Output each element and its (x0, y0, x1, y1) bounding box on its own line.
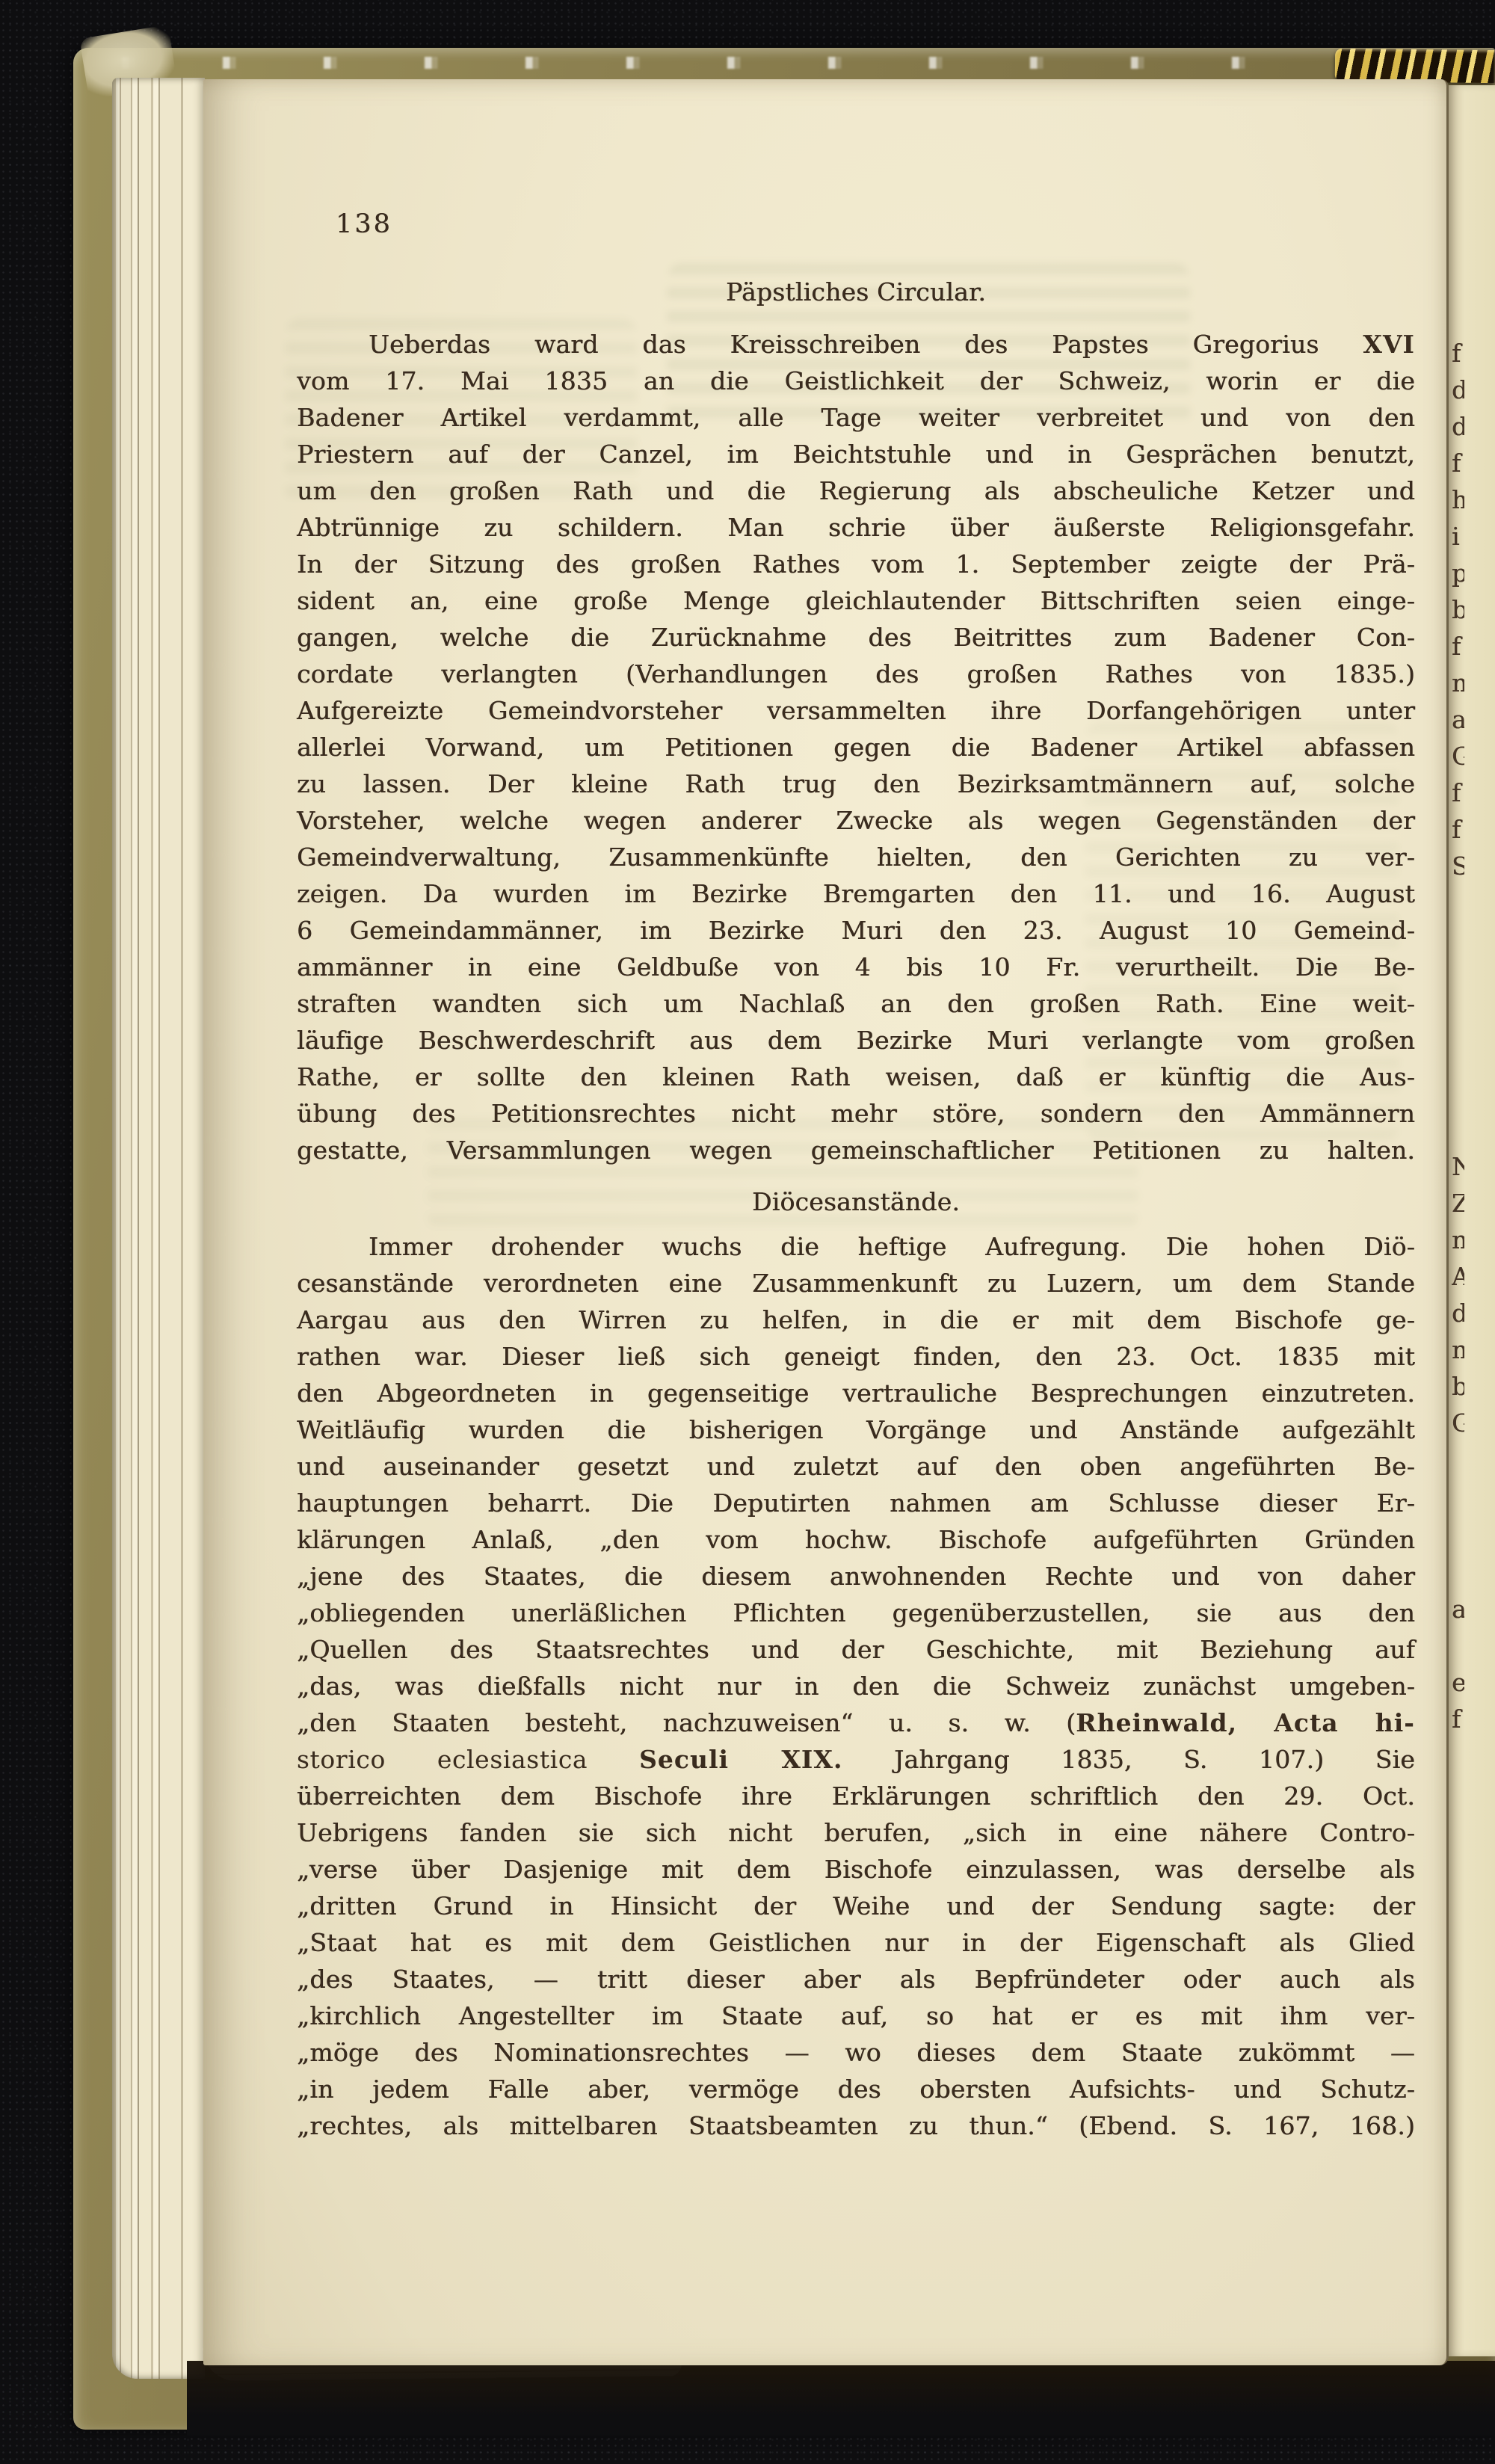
text-line: Uebrigens fanden sie sich nicht berufen,… (297, 1814, 1415, 1851)
text-line: cesanstände verordneten eine Zusammenkun… (297, 1265, 1415, 1302)
text-segment: Weitläufig wurden die bisherigen Vorgäng… (297, 1415, 1415, 1444)
page-sections: Päpstliches Circular.Ueberdas ward das K… (297, 274, 1415, 2144)
text-segment: Rheinwald, Acta hi- (1076, 1708, 1415, 1737)
facing-page-edge: fddfhipbfnaGffSNZnAdnbGaef (1449, 85, 1495, 2356)
paragraph: Immer drohender wuchs die heftige Aufreg… (297, 1228, 1415, 2144)
book-bottom-shadow (187, 2361, 1495, 2436)
facing-page-text-fragment: N (1452, 1151, 1464, 1185)
text-line: Aargau aus den Wirren zu helfen, in die … (297, 1302, 1415, 1338)
text-line: läufige Beschwerdeschrift aus dem Bezirk… (297, 1022, 1415, 1059)
text-segment: Badener Artikel verdammt, alle Tage weit… (297, 403, 1415, 432)
text-segment: Jahrgang 1835, S. 107.) Sie (842, 1745, 1415, 1774)
text-segment: Uebrigens fanden sie sich nicht berufen,… (297, 1818, 1415, 1847)
facing-page-text-fragment: n (1452, 1224, 1464, 1258)
text-line: „möge des Nominationsrechtes — wo dieses… (297, 2034, 1415, 2071)
text-segment: läufige Beschwerdeschrift aus dem Bezirk… (297, 1026, 1415, 1055)
text-line: „den Staaten besteht, nachzuweisen“ u. s… (297, 1704, 1415, 1741)
text-segment: Ueberdas ward das Kreisschreiben des Pap… (369, 330, 1363, 359)
text-line: straften wandten sich um Nachlaß an den … (297, 985, 1415, 1022)
text-segment: Abtrünnige zu schildern. Man schrie über… (297, 513, 1415, 542)
book-page: 138 Päpstliches Circular.Ueberdas ward d… (203, 79, 1449, 2365)
text-segment: „Staat hat es mit dem Geistlichen nur in… (297, 1928, 1415, 1957)
cover-gloss-highlight (82, 57, 1323, 69)
text-line: zu lassen. Der kleine Rath trug den Bezi… (297, 766, 1415, 802)
facing-page-text-fragment: d (1452, 1297, 1464, 1331)
text-segment: rathen war. Dieser ließ sich geneigt fin… (297, 1342, 1415, 1371)
text-line: Aufgereizte Gemeindvorsteher versammelte… (297, 692, 1415, 729)
text-line: „verse über Dasjenige mit dem Bischofe e… (297, 1851, 1415, 1888)
facing-page-text-fragment: n (1452, 667, 1464, 701)
facing-page-text-fragment: f (1452, 777, 1464, 811)
text-line: „des Staates, — tritt dieser aber als Be… (297, 1961, 1415, 1998)
facing-page-text-fragment: f (1452, 1703, 1464, 1737)
text-segment: „Quellen des Staatsrechtes und der Gesch… (297, 1635, 1415, 1664)
text-segment: „obliegenden unerläßlichen Pflichten geg… (297, 1598, 1415, 1627)
text-line: den Abgeordneten in gegenseitige vertrau… (297, 1375, 1415, 1411)
text-segment: um den großen Rath und die Regierung als… (297, 476, 1415, 505)
text-segment: Priestern auf der Canzel, im Beichtstuhl… (297, 440, 1415, 469)
facing-page-text-fragment: f (1452, 630, 1464, 665)
text-line: cordate verlangten (Verhandlungen des gr… (297, 656, 1415, 692)
text-line: sident an, eine große Menge gleichlauten… (297, 582, 1415, 619)
text-segment: „verse über Dasjenige mit dem Bischofe e… (297, 1855, 1415, 1884)
text-line: rathen war. Dieser ließ sich geneigt fin… (297, 1338, 1415, 1375)
text-line: Priestern auf der Canzel, im Beichtstuhl… (297, 436, 1415, 472)
text-line: ammänner in eine Geldbuße von 4 bis 10 F… (297, 949, 1415, 985)
text-line: „in jedem Falle aber, vermöge des oberst… (297, 2071, 1415, 2107)
facing-page-text-fragment: f (1452, 813, 1464, 848)
text-segment: „kirchlich Angestellter im Staate auf, s… (297, 2001, 1415, 2030)
text-line: Gemeindverwaltung, Zusammenkünfte hielte… (297, 839, 1415, 875)
facing-page-text-fragment: a (1452, 703, 1464, 738)
facing-page-text-fragment: n (1452, 1334, 1464, 1368)
facing-page-text-fragment: a (1452, 1593, 1464, 1627)
facing-page-text-fragment: b (1452, 1370, 1464, 1405)
text-line: übung des Petitionsrechtes nicht mehr st… (297, 1095, 1415, 1132)
text-line: „Quellen des Staatsrechtes und der Gesch… (297, 1631, 1415, 1668)
text-segment: sident an, eine große Menge gleichlauten… (297, 586, 1415, 615)
facing-page-text-fragment: d (1452, 374, 1464, 408)
text-line: „rechtes, als mittelbaren Staatsbeamten … (297, 2107, 1415, 2144)
facing-page-text-fragment: h (1452, 484, 1464, 518)
photo-background: 138 Päpstliches Circular.Ueberdas ward d… (0, 0, 1495, 2464)
text-line: und auseinander gesetzt und zuletzt auf … (297, 1448, 1415, 1485)
text-segment: übung des Petitionsrechtes nicht mehr st… (297, 1099, 1415, 1128)
page-edges-stack (112, 78, 205, 2379)
facing-page-text-fragment: e (1452, 1666, 1464, 1701)
text-segment: den Abgeordneten in gegenseitige vertrau… (297, 1379, 1415, 1408)
text-line: allerlei Vorwand, um Petitionen gegen di… (297, 729, 1415, 766)
facing-page-text-fragment: G (1452, 1407, 1464, 1441)
text-segment: vom 17. Mai 1835 an die Geistlichkeit de… (297, 366, 1415, 395)
text-line: „das, was dießfalls nicht nur in den die… (297, 1668, 1415, 1704)
text-segment: 6 Gemeindammänner, im Bezirke Muri den 2… (297, 916, 1415, 945)
text-line: Badener Artikel verdammt, alle Tage weit… (297, 399, 1415, 436)
section-heading: Päpstliches Circular. (297, 274, 1415, 310)
facing-page-text-fragment: A (1452, 1260, 1464, 1295)
text-segment: In der Sitzung des großen Rathes vom 1. … (297, 549, 1415, 579)
text-segment: ammänner in eine Geldbuße von 4 bis 10 F… (297, 952, 1415, 982)
text-segment: Aargau aus den Wirren zu helfen, in die … (297, 1305, 1415, 1334)
text-segment: klärungen Anlaß, „den vom hochw. Bischof… (297, 1525, 1415, 1554)
facing-page-text-fragment: S (1452, 850, 1464, 884)
text-line: „kirchlich Angestellter im Staate auf, s… (297, 1998, 1415, 2034)
text-line: Vorsteher, welche wegen anderer Zwecke a… (297, 802, 1415, 839)
text-segment: Aufgereizte Gemeindvorsteher versammelte… (297, 696, 1415, 725)
text-line: vom 17. Mai 1835 an die Geistlichkeit de… (297, 363, 1415, 399)
text-segment: XVI (1363, 330, 1415, 359)
text-segment: „möge des Nominationsrechtes — wo dieses… (297, 2038, 1415, 2067)
text-segment: Immer drohender wuchs die heftige Aufreg… (369, 1232, 1415, 1261)
text-line: „Staat hat es mit dem Geistlichen nur in… (297, 1924, 1415, 1961)
section-heading: Diöcesanstände. (297, 1183, 1415, 1220)
page-content: 138 Päpstliches Circular.Ueberdas ward d… (203, 206, 1446, 2144)
text-segment: „rechtes, als mittelbaren Staatsbeamten … (297, 2111, 1415, 2140)
text-line: gangen, welche die Zurücknahme des Beitr… (297, 619, 1415, 656)
text-line: klärungen Anlaß, „den vom hochw. Bischof… (297, 1521, 1415, 1558)
facing-page-text-fragment: i (1452, 520, 1464, 555)
text-segment: „des Staates, — tritt dieser aber als Be… (297, 1965, 1415, 1994)
text-segment: „in jedem Falle aber, vermöge des oberst… (297, 2075, 1415, 2104)
text-segment: gangen, welche die Zurücknahme des Beitr… (297, 623, 1415, 652)
facing-page-text-fragment: p (1452, 557, 1464, 591)
text-segment: allerlei Vorwand, um Petitionen gegen di… (297, 733, 1415, 762)
facing-page-text-fragment: d (1452, 410, 1464, 445)
text-segment: Seculi XIX. (639, 1745, 842, 1774)
text-line: überreichten dem Bischofe ihre Erklärung… (297, 1778, 1415, 1814)
endband-braid (1335, 49, 1495, 83)
text-line: gestatte, Versammlungen wegen gemeinscha… (297, 1132, 1415, 1168)
text-line: um den großen Rath und die Regierung als… (297, 472, 1415, 509)
text-segment: Rathe, er sollte den kleinen Rath weisen… (297, 1062, 1415, 1091)
text-segment: und auseinander gesetzt und zuletzt auf … (297, 1452, 1415, 1481)
text-line: „jene des Staates, die diesem anwohnende… (297, 1558, 1415, 1595)
text-line: Abtrünnige zu schildern. Man schrie über… (297, 509, 1415, 546)
text-segment: hauptungen beharrt. Die Deputirten nahme… (297, 1488, 1415, 1518)
text-line: hauptungen beharrt. Die Deputirten nahme… (297, 1485, 1415, 1521)
text-segment: storico eclesiastica (297, 1745, 639, 1774)
text-segment: „dritten Grund in Hinsicht der Weihe und… (297, 1891, 1415, 1921)
text-line: zeigen. Da wurden im Bezirke Bremgarten … (297, 875, 1415, 912)
text-line: Weitläufig wurden die bisherigen Vorgäng… (297, 1411, 1415, 1448)
text-segment: „jene des Staates, die diesem anwohnende… (297, 1562, 1415, 1591)
facing-page-text-fragment: f (1452, 337, 1464, 372)
text-line: In der Sitzung des großen Rathes vom 1. … (297, 546, 1415, 582)
page-number: 138 (336, 206, 1415, 243)
text-segment: „das, was dießfalls nicht nur in den die… (297, 1672, 1415, 1701)
paragraph: Ueberdas ward das Kreisschreiben des Pap… (297, 326, 1415, 1168)
text-line: storico eclesiastica Seculi XIX. Jahrgan… (297, 1741, 1415, 1778)
text-segment: gestatte, Versammlungen wegen gemeinscha… (297, 1136, 1415, 1165)
text-segment: cesanstände verordneten eine Zusammenkun… (297, 1269, 1415, 1298)
text-line: Rathe, er sollte den kleinen Rath weisen… (297, 1059, 1415, 1095)
text-segment: zeigen. Da wurden im Bezirke Bremgarten … (297, 879, 1415, 908)
text-segment: Vorsteher, welche wegen anderer Zwecke a… (297, 806, 1415, 835)
text-line: 6 Gemeindammänner, im Bezirke Muri den 2… (297, 912, 1415, 949)
text-line: Immer drohender wuchs die heftige Aufreg… (297, 1228, 1415, 1265)
text-segment: „den Staaten besteht, nachzuweisen“ u. s… (297, 1708, 1076, 1737)
text-segment: Gemeindverwaltung, Zusammenkünfte hielte… (297, 843, 1415, 872)
text-line: „dritten Grund in Hinsicht der Weihe und… (297, 1888, 1415, 1924)
facing-page-text-fragment: f (1452, 447, 1464, 481)
facing-page-text-fragment: Z (1452, 1187, 1464, 1222)
text-segment: überreichten dem Bischofe ihre Erklärung… (297, 1781, 1415, 1811)
facing-page-text-fragment: b (1452, 594, 1464, 628)
text-segment: zu lassen. Der kleine Rath trug den Bezi… (297, 769, 1415, 798)
text-segment: straften wandten sich um Nachlaß an den … (297, 989, 1415, 1018)
text-segment: cordate verlangten (Verhandlungen des gr… (297, 659, 1415, 689)
facing-page-text-fragment: G (1452, 740, 1464, 774)
text-line: Ueberdas ward das Kreisschreiben des Pap… (297, 326, 1415, 363)
text-line: „obliegenden unerläßlichen Pflichten geg… (297, 1595, 1415, 1631)
